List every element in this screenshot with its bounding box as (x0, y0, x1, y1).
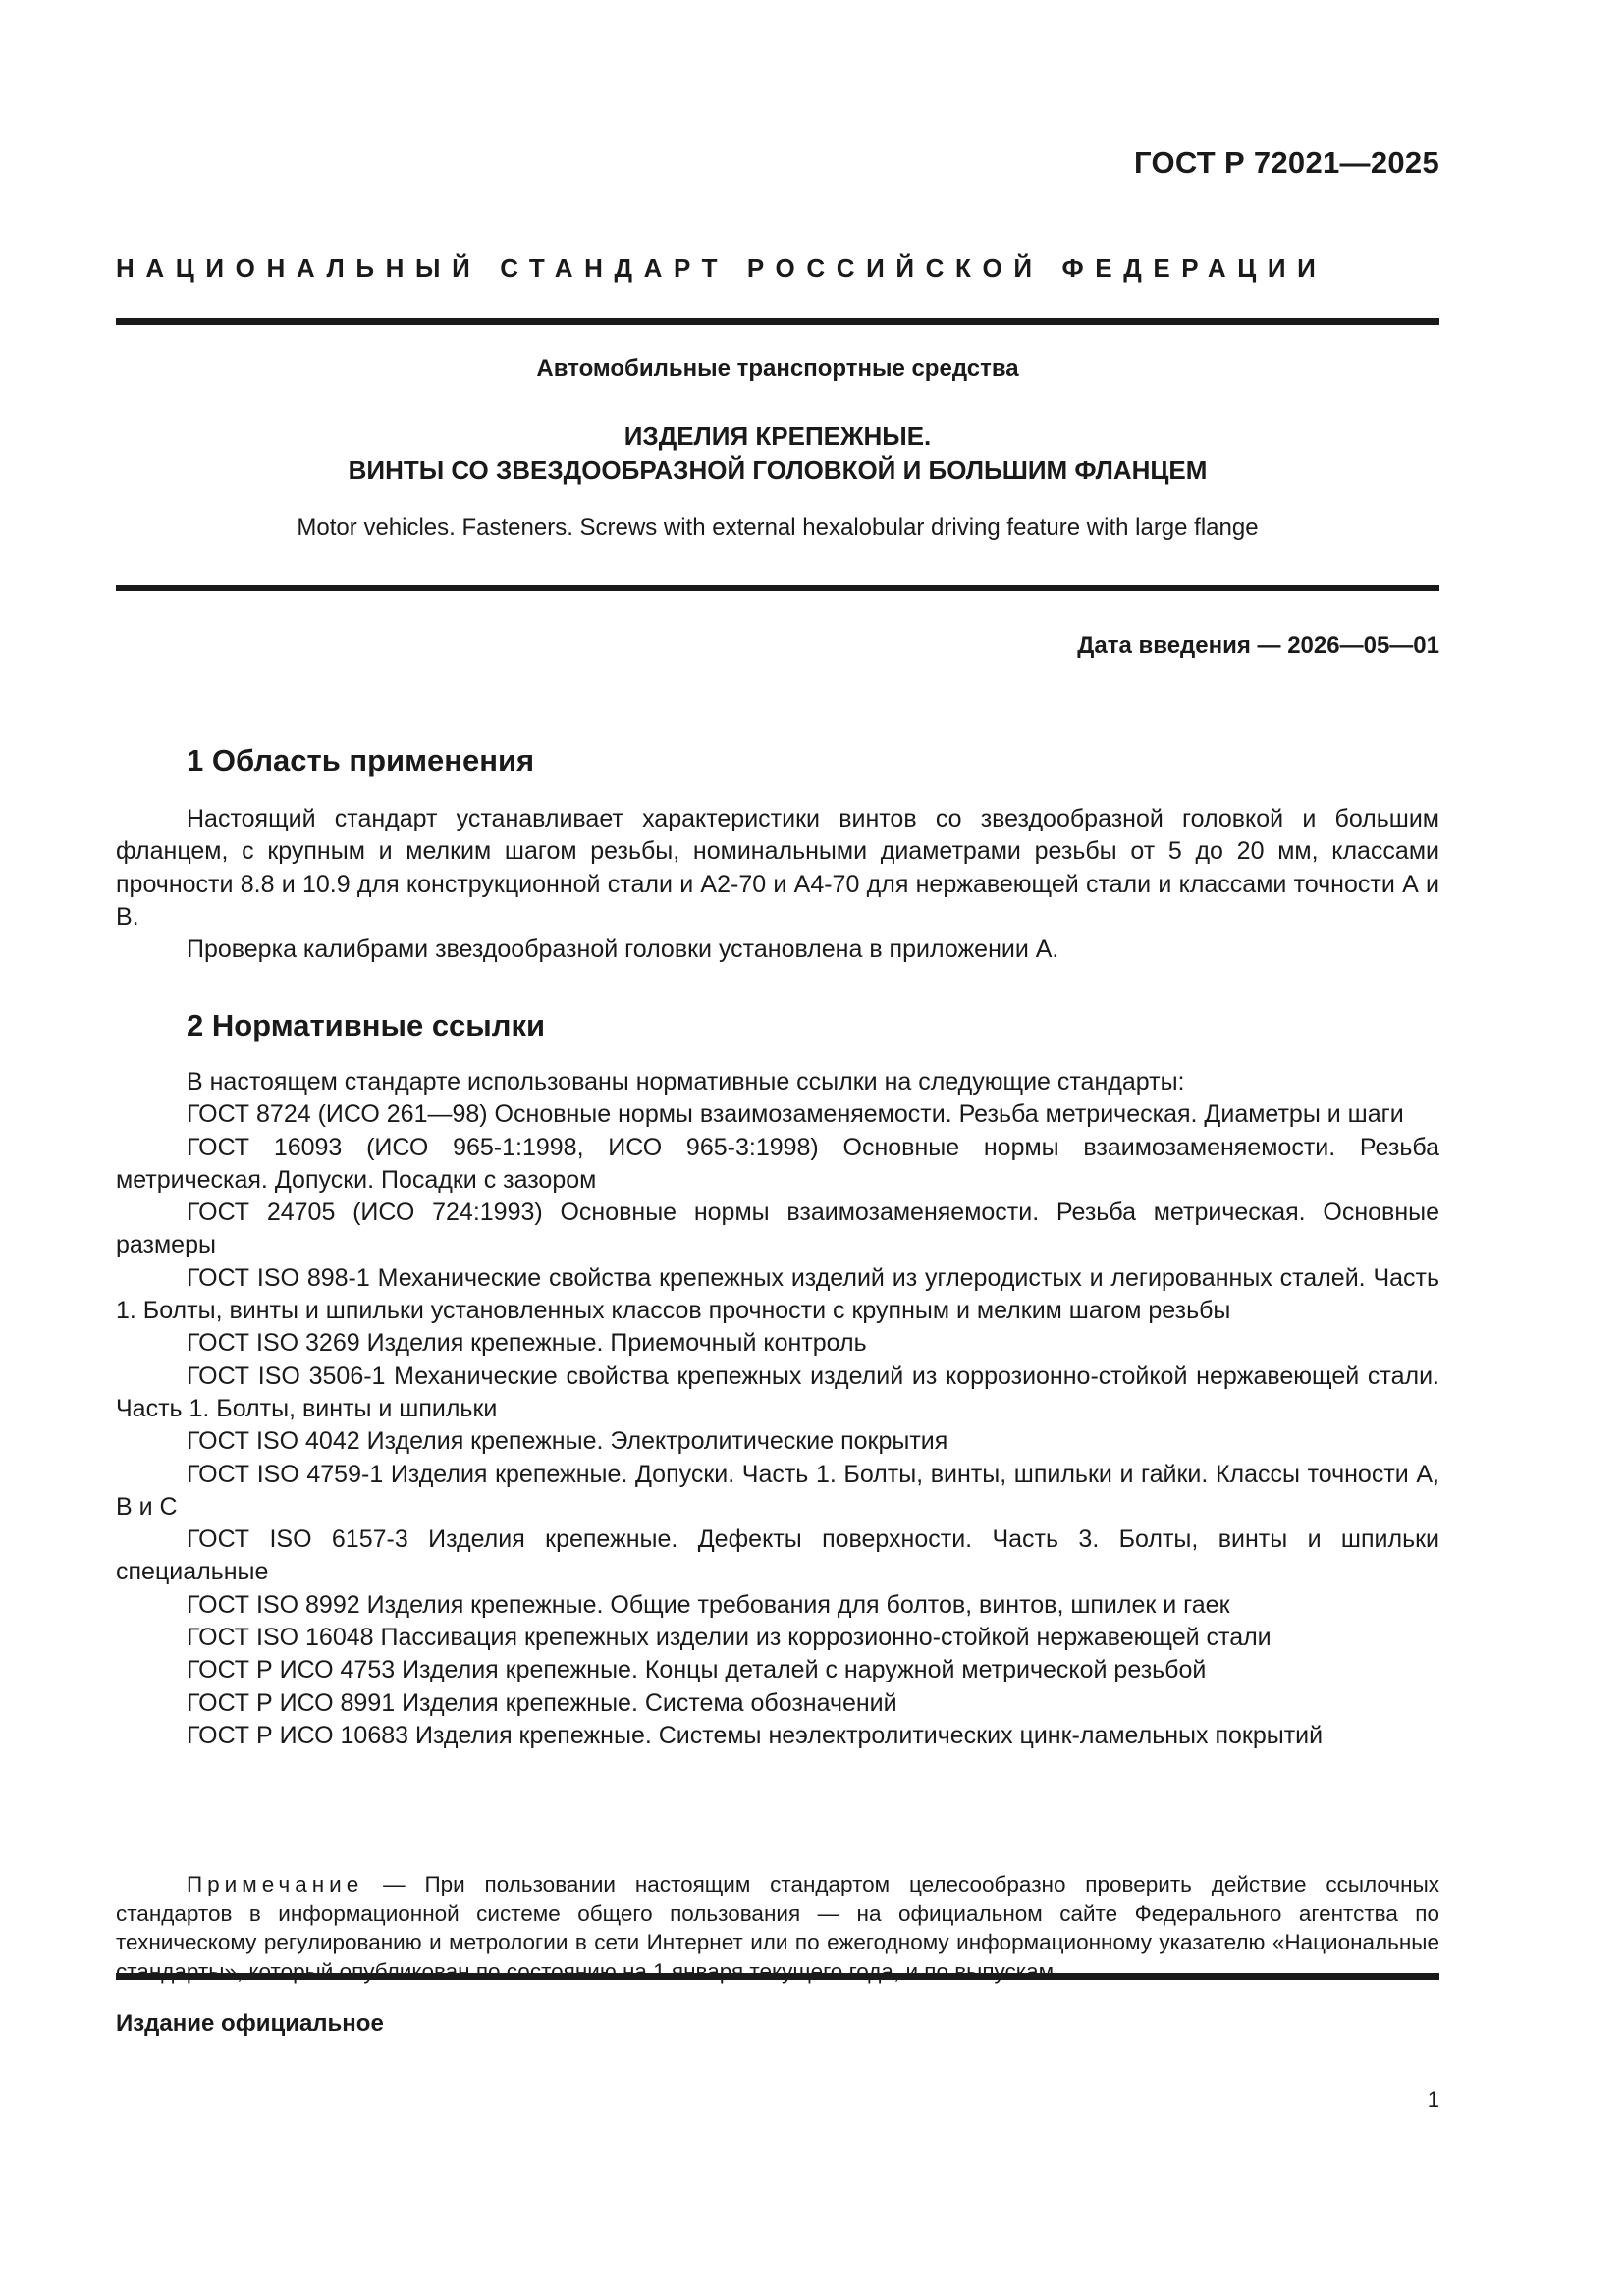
title-line-1: ИЗДЕЛИЯ КРЕПЕЖНЫЕ. (116, 419, 1439, 454)
paragraph: Проверка калибрами звездообразной головк… (116, 934, 1439, 966)
reference-item: ГОСТ 16093 (ИСО 965-1:1998, ИСО 965-3:19… (116, 1132, 1439, 1198)
reference-item: ГОСТ ISO 6157-3 Изделия крепежные. Дефек… (116, 1523, 1439, 1589)
reference-item: ГОСТ ISO 3506-1 Механические свойства кр… (116, 1361, 1439, 1426)
official-edition-label: Издание официальное (116, 2010, 384, 2038)
section-heading-scope: 1 Область применения (187, 743, 534, 778)
page-number: 1 (1428, 2087, 1439, 2112)
reference-item: ГОСТ ISO 898-1 Механические свойства кре… (116, 1262, 1439, 1328)
national-standard-banner: НАЦИОНАЛЬНЫЙ СТАНДАРТ РОССИЙСКОЙ ФЕДЕРАЦ… (116, 253, 1439, 284)
section-heading-normative-references: 2 Нормативные ссылки (187, 1008, 545, 1043)
title-divider (116, 585, 1439, 591)
document-category: Автомобильные транспортные средства (116, 355, 1439, 383)
footer-divider (116, 1973, 1439, 1980)
introduction-date: Дата введения — 2026—05—01 (1077, 632, 1439, 660)
document-code: ГОСТ Р 72021—2025 (1134, 145, 1439, 181)
reference-item: ГОСТ ISO 4759-1 Изделия крепежные. Допус… (116, 1459, 1439, 1524)
reference-item: ГОСТ Р ИСО 8991 Изделия крепежные. Систе… (116, 1687, 1439, 1720)
reference-item: ГОСТ Р ИСО 10683 Изделия крепежные. Сист… (116, 1720, 1439, 1752)
section-scope-body: Настоящий стандарт устанавливает характе… (116, 803, 1439, 966)
paragraph: В настоящем стандарте использованы норма… (116, 1066, 1439, 1098)
top-divider (116, 318, 1439, 325)
note-paragraph: Примечание — При пользовании настоящим с… (116, 1870, 1439, 1986)
english-title: Motor vehicles. Fasteners. Screws with e… (116, 514, 1439, 542)
title-line-2: ВИНТЫ СО ЗВЕЗДООБРАЗНОЙ ГОЛОВКОЙ И БОЛЬШ… (116, 454, 1439, 488)
document-title: ИЗДЕЛИЯ КРЕПЕЖНЫЕ. ВИНТЫ СО ЗВЕЗДООБРАЗН… (116, 419, 1439, 488)
reference-item: ГОСТ ISO 3269 Изделия крепежные. Приемоч… (116, 1327, 1439, 1360)
reference-item: ГОСТ ISO 4042 Изделия крепежные. Электро… (116, 1425, 1439, 1458)
reference-item: ГОСТ 24705 (ИСО 724:1993) Основные нормы… (116, 1197, 1439, 1262)
reference-item: ГОСТ 8724 (ИСО 261—98) Основные нормы вз… (116, 1098, 1439, 1131)
note-label: Примечание (187, 1872, 363, 1896)
section-references-body: В настоящем стандарте использованы норма… (116, 1066, 1439, 1752)
note-block: Примечание — При пользовании настоящим с… (116, 1870, 1439, 1986)
reference-item: ГОСТ ISO 16048 Пассивация крепежных изде… (116, 1622, 1439, 1654)
reference-item: ГОСТ ISO 8992 Изделия крепежные. Общие т… (116, 1589, 1439, 1622)
paragraph: Настоящий стандарт устанавливает характе… (116, 803, 1439, 934)
reference-item: ГОСТ Р ИСО 4753 Изделия крепежные. Концы… (116, 1654, 1439, 1686)
